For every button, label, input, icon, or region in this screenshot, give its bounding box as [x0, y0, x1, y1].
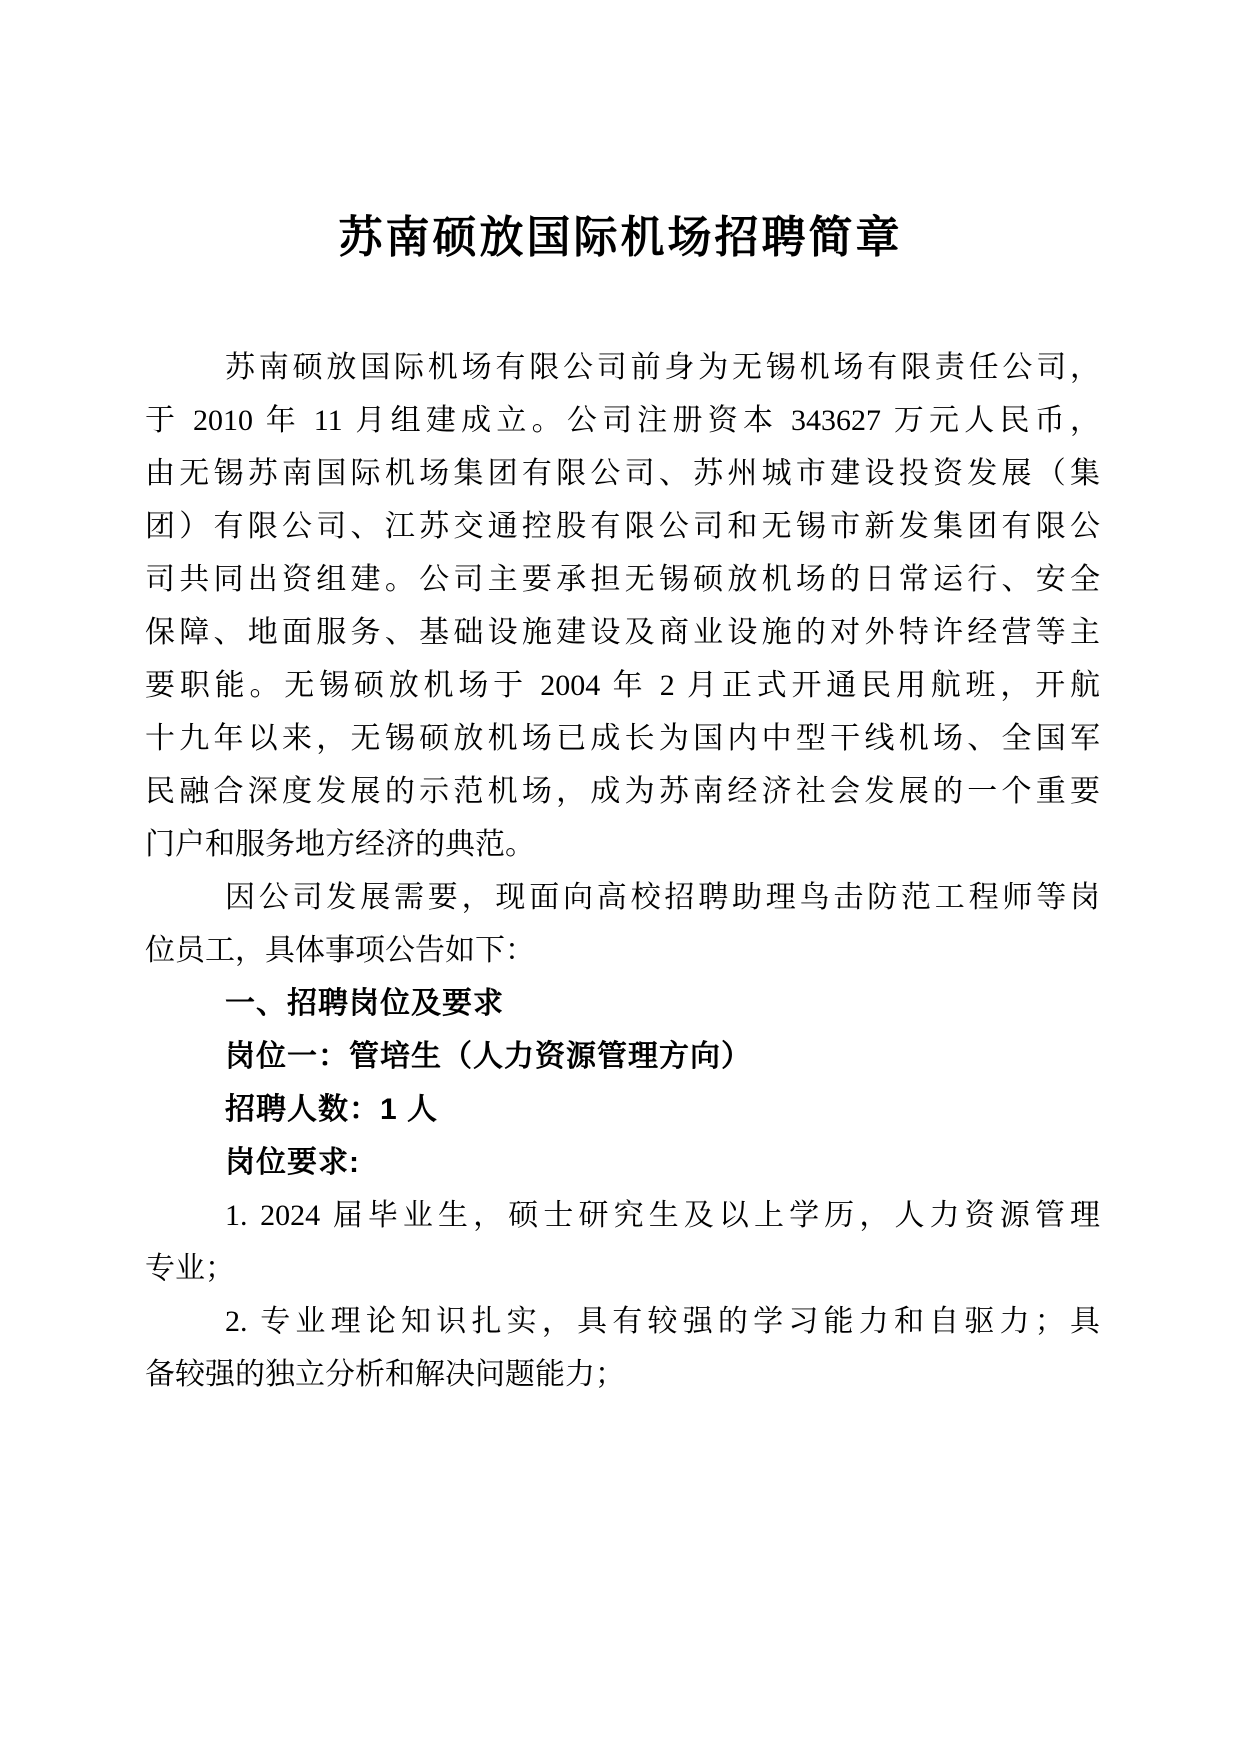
text-line: 因公司发展需要，现面向高校招聘助理鸟击防范工程师等岗 — [145, 871, 1100, 924]
text-line: 保障、地面服务、基础设施建设及商业设施的对外特许经营等主 — [145, 606, 1100, 659]
document-body: 苏南硕放国际机场有限公司前身为无锡机场有限责任公司，于 2010 年 11 月组… — [145, 341, 1100, 1401]
text-line: 1. 2024 届毕业生，硕士研究生及以上学历，人力资源管理 — [145, 1189, 1100, 1242]
text-line: 民融合深度发展的示范机场，成为苏南经济社会发展的一个重要 — [145, 765, 1100, 818]
text-line: 于 2010 年 11 月组建成立。公司注册资本 343627 万元人民币， — [145, 394, 1100, 447]
text-line: 岗位一：管培生（人力资源管理方向） — [145, 1030, 1100, 1083]
text-line: 苏南硕放国际机场有限公司前身为无锡机场有限责任公司， — [145, 341, 1100, 394]
text-line: 位员工，具体事项公告如下： — [145, 924, 1100, 977]
document-page: 苏南硕放国际机场招聘简章 苏南硕放国际机场有限公司前身为无锡机场有限责任公司，于… — [0, 0, 1241, 1754]
text-line: 司共同出资组建。公司主要承担无锡硕放机场的日常运行、安全 — [145, 553, 1100, 606]
text-line: 团）有限公司、江苏交通控股有限公司和无锡市新发集团有限公 — [145, 500, 1100, 553]
text-line: 由无锡苏南国际机场集团有限公司、苏州城市建设投资发展（集 — [145, 447, 1100, 500]
document-title: 苏南硕放国际机场招聘简章 — [0, 208, 1241, 268]
text-line: 十九年以来，无锡硕放机场已成长为国内中型干线机场、全国军 — [145, 712, 1100, 765]
text-line: 招聘人数：1 人 — [145, 1083, 1100, 1136]
text-line: 备较强的独立分析和解决问题能力； — [145, 1348, 1100, 1401]
text-line: 专业； — [145, 1242, 1100, 1295]
text-line: 一、招聘岗位及要求 — [145, 977, 1100, 1030]
text-line: 要职能。无锡硕放机场于 2004 年 2 月正式开通民用航班，开航 — [145, 659, 1100, 712]
text-line: 2. 专业理论知识扎实，具有较强的学习能力和自驱力；具 — [145, 1295, 1100, 1348]
text-line: 岗位要求: — [145, 1136, 1100, 1189]
text-line: 门户和服务地方经济的典范。 — [145, 818, 1100, 871]
